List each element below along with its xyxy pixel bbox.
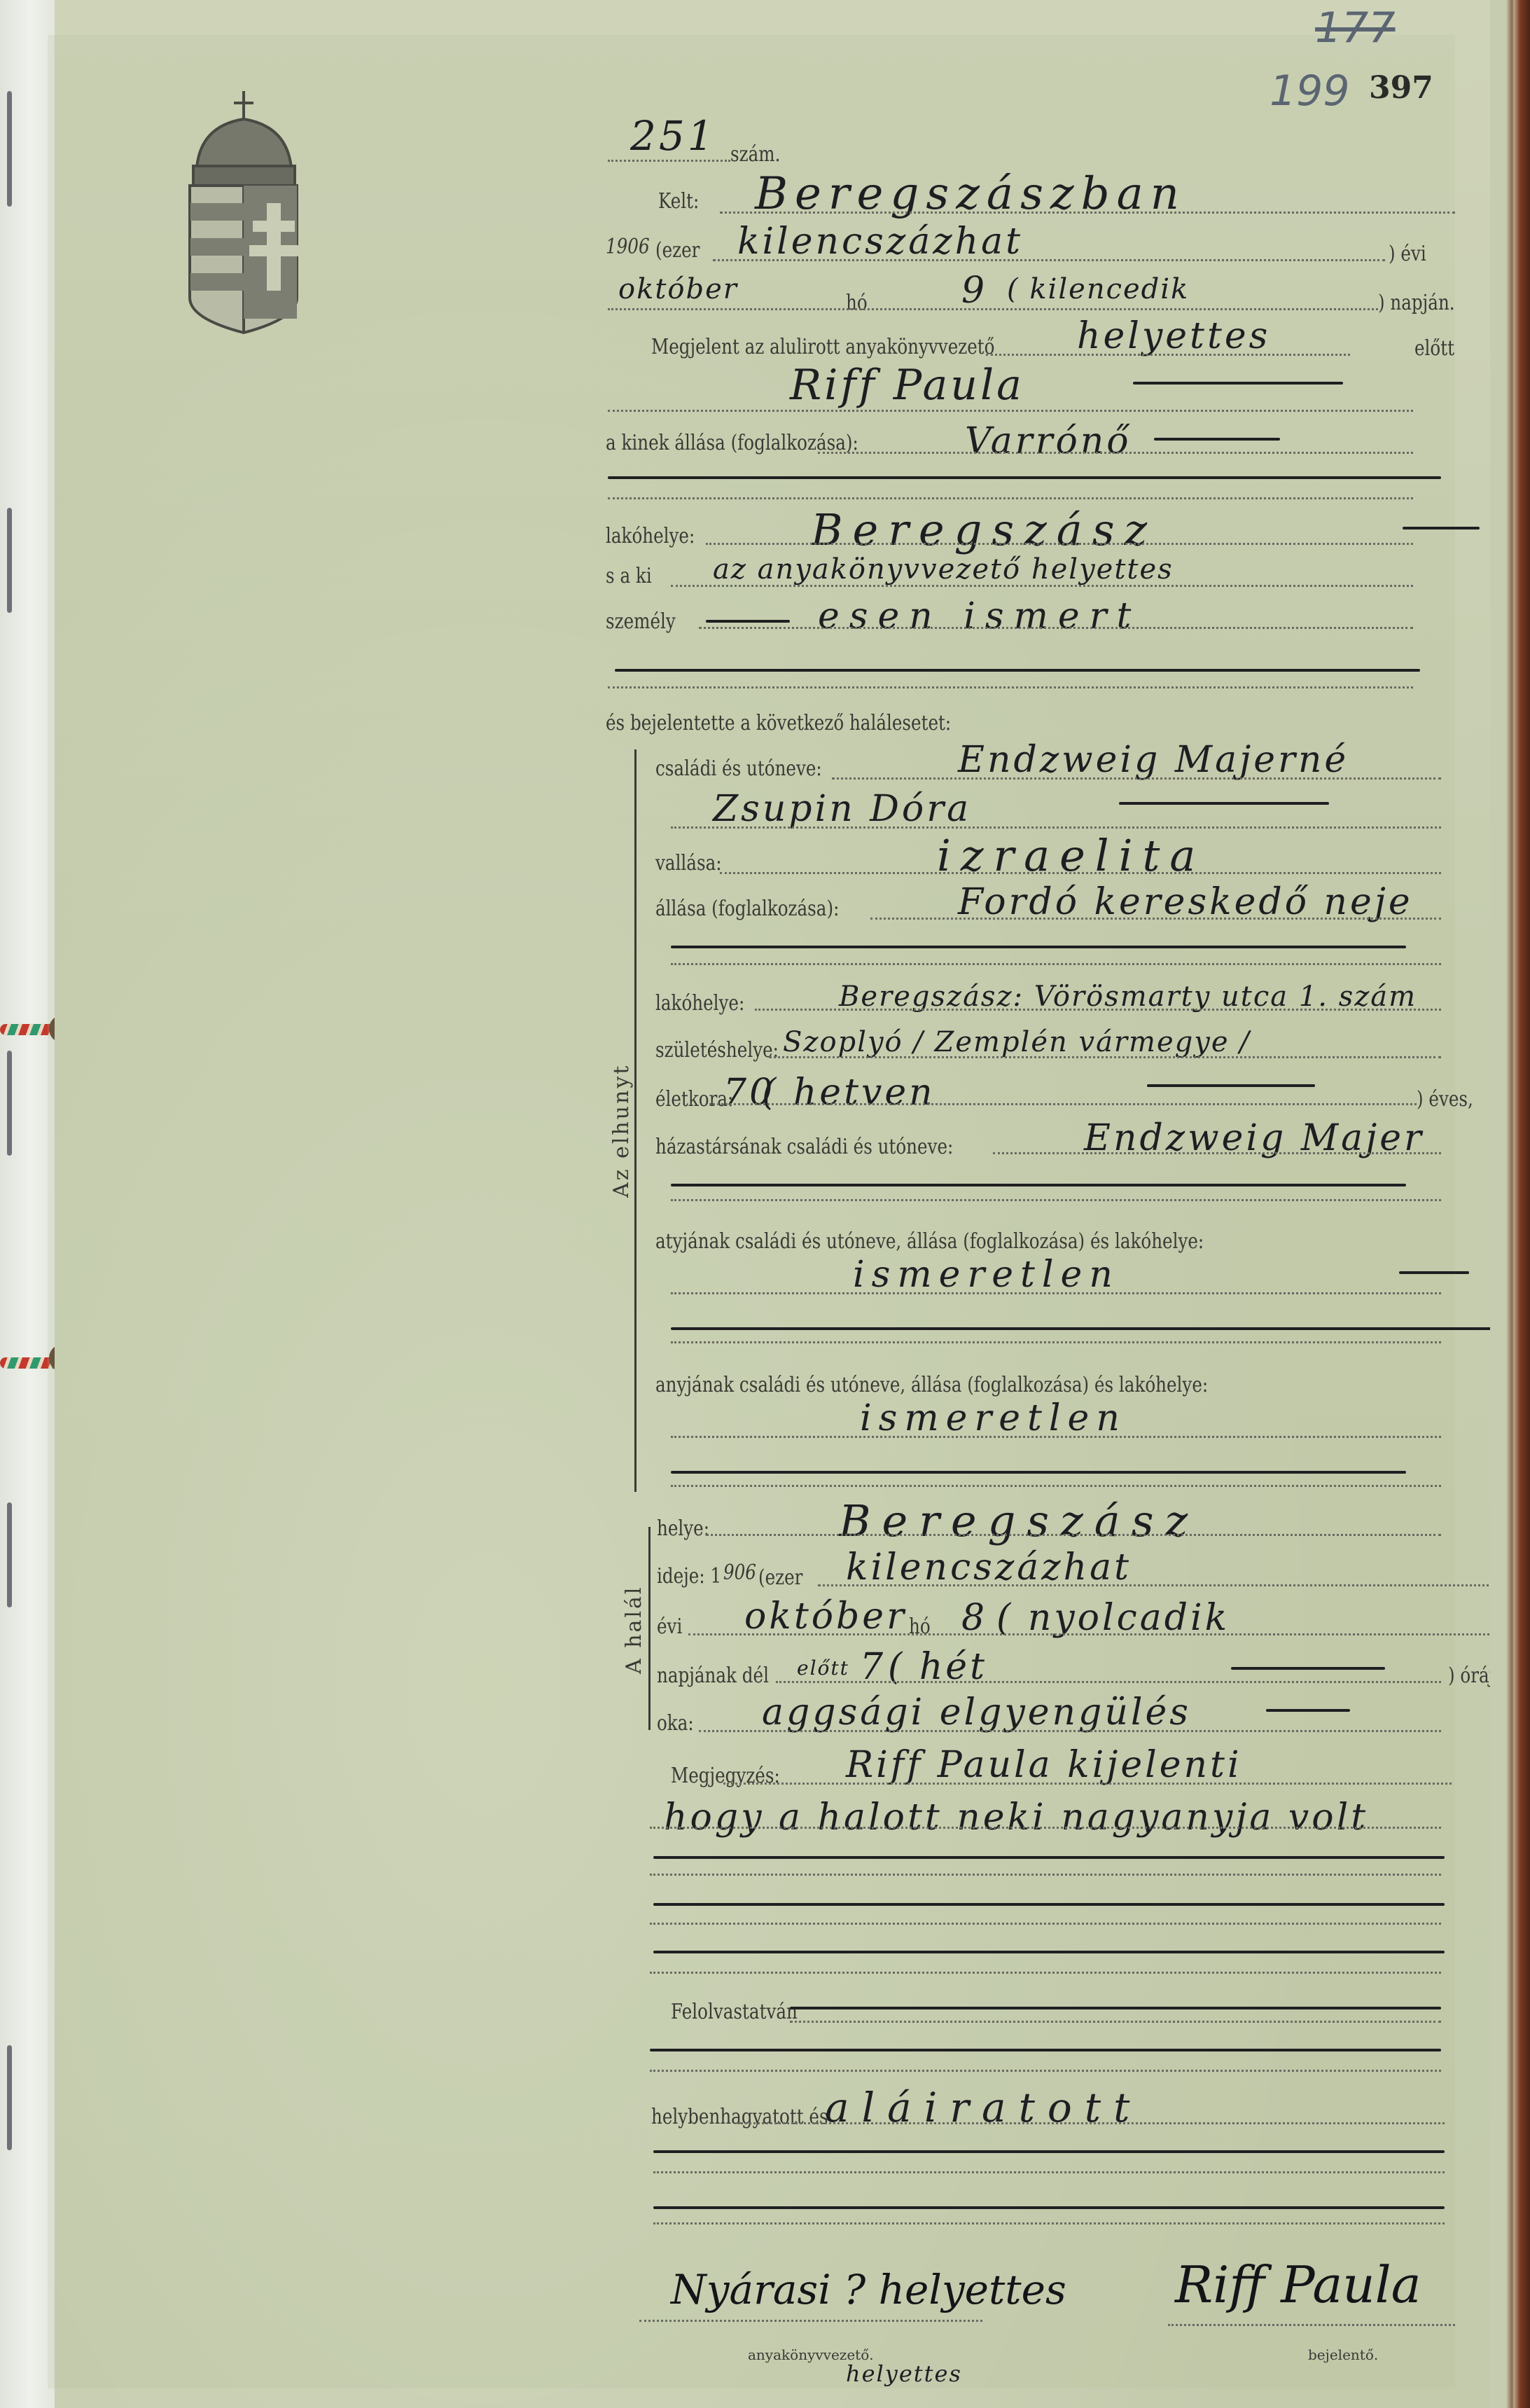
deceased-name-line1: Endzweig Majerné xyxy=(958,739,1349,781)
dotted-line xyxy=(818,1584,1511,1586)
mother-label: anyjának családi és utóneve, állása (fog… xyxy=(655,1373,1208,1397)
death-date-label: ideje: 1 xyxy=(657,1564,721,1589)
coat-of-arms-icon xyxy=(179,88,305,336)
deceased-section-label: Az elhunyt xyxy=(609,1064,634,1198)
dotted-line xyxy=(653,2222,1445,2224)
death-month: október xyxy=(744,1596,907,1638)
dotted-line xyxy=(986,354,1350,356)
dotted-line xyxy=(688,1633,1511,1635)
fill-stroke xyxy=(1266,1709,1350,1712)
dotted-line xyxy=(776,1681,1441,1683)
fill-stroke xyxy=(615,669,1420,672)
fill-stroke xyxy=(653,1951,1445,1953)
fill-stroke xyxy=(1231,1667,1385,1670)
dotted-line xyxy=(737,2122,1445,2124)
informant-occupation: Varrónő xyxy=(965,420,1132,462)
dotted-line xyxy=(699,627,1413,629)
fill-stroke xyxy=(653,1903,1445,1906)
folio-pencil-number: 199 xyxy=(1270,67,1350,116)
spouse-label: házastársának családi és utóneve: xyxy=(655,1135,953,1159)
staple xyxy=(7,1051,12,1156)
dotted-line xyxy=(818,452,1413,454)
informant-residence: Beregszász xyxy=(811,504,1157,555)
birthplace-label: születéshelye: xyxy=(655,1038,779,1063)
approved-label: helybenhagyatott és xyxy=(651,2105,828,2129)
dotted-line xyxy=(650,1874,1441,1876)
dotted-line xyxy=(706,1534,1441,1536)
death-date-year-label: (ezer xyxy=(758,1565,802,1590)
fill-stroke xyxy=(1119,802,1329,805)
year-label: (ezer xyxy=(655,238,700,263)
fill-stroke xyxy=(706,620,790,623)
deceased-occupation-label: állása (foglalkozása): xyxy=(655,897,839,921)
staple xyxy=(7,2045,12,2150)
fill-stroke xyxy=(653,2206,1445,2209)
fill-stroke xyxy=(1403,527,1480,530)
mother: ismeretlen xyxy=(860,1397,1127,1439)
death-hour-label: napjának dél xyxy=(657,1663,769,1688)
fill-stroke xyxy=(653,2150,1445,2153)
page-number: 397 xyxy=(1369,70,1433,106)
dotted-line xyxy=(720,872,1441,874)
deceased-occupation: Fordó kereskedő neje xyxy=(958,881,1413,923)
dotted-line xyxy=(713,259,1385,261)
deceased-residence-label: lakóhelye: xyxy=(655,991,744,1016)
fill-stroke xyxy=(1133,382,1343,385)
person-text: esen ismert xyxy=(818,595,1141,637)
fill-stroke xyxy=(671,946,1406,948)
death-cause: aggsági elgyengülés xyxy=(762,1691,1191,1734)
record-number: 251 xyxy=(630,112,716,160)
dotted-line xyxy=(608,410,1413,412)
dotted-line xyxy=(608,497,1413,499)
year-prefix: 1906 xyxy=(606,235,650,259)
dotted-line xyxy=(671,1199,1441,1201)
struck-page-number: 177 xyxy=(1315,4,1396,53)
day-suffix: ) napján. xyxy=(1378,291,1455,315)
appeared-label: Megjelent az alulirott anyakönyvvezető xyxy=(651,335,994,359)
residence-label: lakóhelye: xyxy=(606,524,695,548)
dotted-line xyxy=(671,585,1413,587)
dotted-line xyxy=(650,1923,1441,1925)
age-label: életkora: xyxy=(655,1087,733,1112)
fill-stroke xyxy=(650,2049,1441,2051)
fill-stroke xyxy=(671,1184,1406,1186)
informant-caption: bejelentő. xyxy=(1308,2346,1378,2363)
signature-line xyxy=(1168,2324,1455,2326)
dotted-line xyxy=(706,543,1413,545)
book-edge xyxy=(1490,0,1530,2408)
fill-stroke xyxy=(608,476,1441,479)
death-place-label: helye: xyxy=(657,1516,709,1541)
dotted-line xyxy=(671,1485,1441,1487)
appeared-suffix: előtt xyxy=(1414,336,1454,361)
kelt-label: Kelt: xyxy=(658,189,699,214)
year-suffix: ) évi xyxy=(1389,242,1426,266)
dotted-line xyxy=(650,1972,1441,1974)
form-panel xyxy=(48,35,1455,2388)
dotted-line xyxy=(832,777,1441,780)
death-hour-ampm: előtt xyxy=(797,1656,849,1680)
fill-stroke xyxy=(671,1471,1406,1474)
dotted-line xyxy=(608,308,1378,310)
father-label: atyjának családi és utóneve, állása (fog… xyxy=(655,1229,1204,1254)
death-bracket xyxy=(648,1527,651,1730)
dotted-line xyxy=(650,1827,1441,1829)
dotted-line xyxy=(755,1009,1441,1011)
dotted-line xyxy=(650,2070,1441,2072)
fill-stroke xyxy=(653,1856,1445,1859)
dotted-line xyxy=(870,918,1441,920)
dotted-line xyxy=(608,686,1413,689)
fill-stroke xyxy=(671,1327,1511,1330)
registrar-role-text: helyettes xyxy=(1077,315,1270,357)
death-place: Beregszász xyxy=(839,1495,1199,1546)
register-page: 177 199 397 251 szám. Kelt: Beregszászba… xyxy=(55,0,1490,2408)
fill-stroke xyxy=(790,2007,1441,2009)
death-date-year: 906 xyxy=(723,1561,756,1585)
death-day: 8 xyxy=(961,1597,987,1639)
dotted-line xyxy=(790,2021,1441,2023)
remarks-line2: hogy a halott neki nagyanyja volt xyxy=(664,1797,1368,1839)
dotted-line xyxy=(671,826,1441,829)
dotted-line xyxy=(720,212,1455,214)
registrar-note: helyettes xyxy=(846,2360,962,2387)
informant-name: Riff Paula xyxy=(790,361,1024,410)
dotted-line xyxy=(671,1292,1441,1294)
year-words: kilencszázhat xyxy=(737,221,1023,263)
month: október xyxy=(618,273,738,305)
fill-stroke xyxy=(1399,1271,1469,1274)
fill-stroke xyxy=(1147,1084,1315,1087)
staple xyxy=(7,91,12,207)
dotted-line xyxy=(723,1783,1452,1785)
religion-label: vallása: xyxy=(655,851,722,876)
deceased-bracket xyxy=(634,749,637,1492)
staple xyxy=(7,508,12,613)
death-cause-label: oka: xyxy=(657,1711,694,1736)
dotted-line xyxy=(993,1152,1441,1154)
known-label: s a ki xyxy=(606,564,652,588)
reported-label: és bejelentette a következő halálesetet: xyxy=(606,711,951,735)
day-words: ( kilencedik xyxy=(1007,273,1189,305)
person-label: személy xyxy=(606,609,676,634)
death-date-year-words: kilencszázhat xyxy=(846,1546,1132,1589)
dotted-line xyxy=(671,1341,1441,1343)
month-label: hó xyxy=(846,291,868,315)
dotted-line xyxy=(608,160,730,162)
birthplace: Szoplyó / Zemplén vármegye / xyxy=(783,1026,1251,1058)
age-words: ( hetven xyxy=(762,1072,936,1114)
death-evi-label: évi xyxy=(657,1614,682,1639)
dotted-line xyxy=(699,1730,1441,1732)
dotted-line xyxy=(671,963,1441,965)
dotted-line xyxy=(653,2171,1445,2173)
number-label: szám. xyxy=(730,142,780,167)
day: 9 xyxy=(961,270,987,312)
signature-line xyxy=(639,2320,982,2322)
deceased-name-line2: Zsupin Dóra xyxy=(713,788,971,830)
staple xyxy=(7,1502,12,1607)
father: ismeretlen xyxy=(853,1254,1120,1296)
read-label: Felolvastatván xyxy=(671,2000,798,2024)
dotted-line xyxy=(671,1436,1441,1438)
deceased-name-label: családi és utóneve: xyxy=(655,756,822,781)
informant-signature: Riff Paula xyxy=(1175,2255,1421,2314)
registrar-signature: Nyárasi ? helyettes xyxy=(671,2266,1066,2313)
known-text: az anyakönyvvezető helyettes xyxy=(713,553,1174,586)
death-section-label: A halál xyxy=(622,1586,646,1674)
remarks-line1: Riff Paula kijelenti xyxy=(846,1744,1242,1786)
fill-stroke xyxy=(1154,438,1280,441)
dotted-line xyxy=(709,1103,1417,1105)
age-suffix: ) éves, xyxy=(1417,1087,1473,1112)
dotted-line xyxy=(769,1056,1441,1058)
death-day-words: ( nyolcadik xyxy=(996,1597,1230,1639)
